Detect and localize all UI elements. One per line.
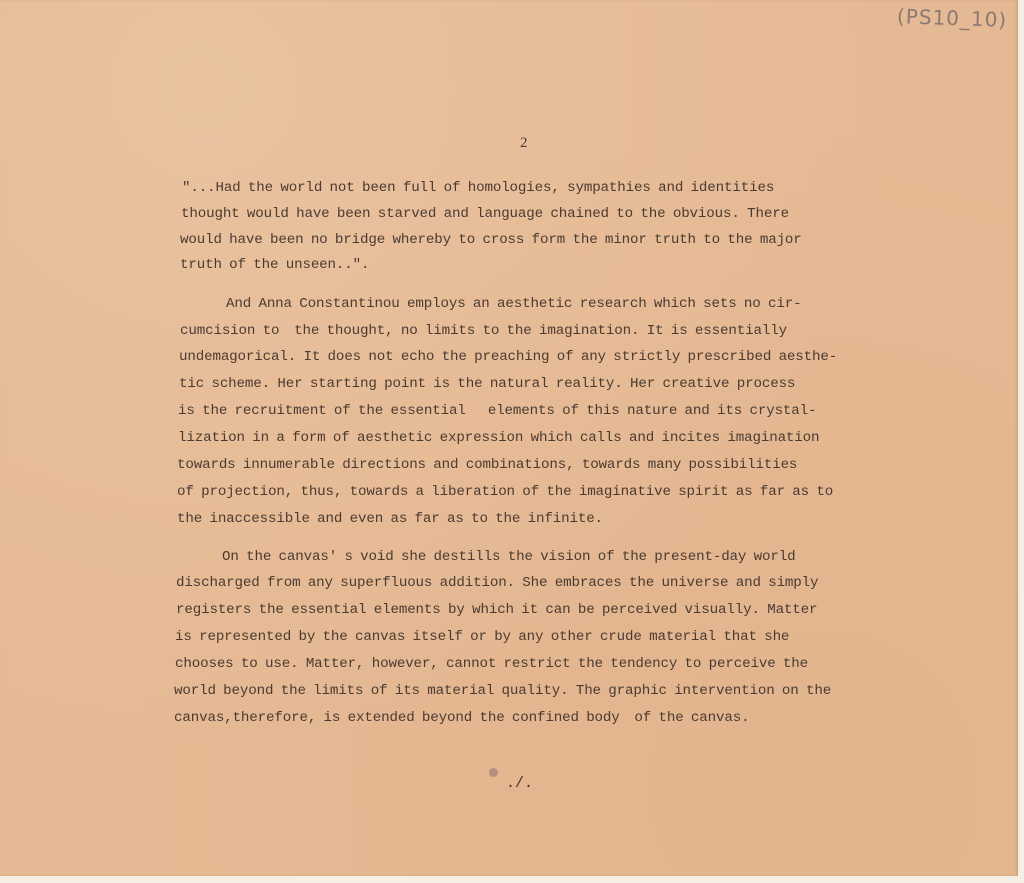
- text-line: tic scheme. Her starting point is the na…: [179, 376, 795, 392]
- text-line: world beyond the limits of its material …: [174, 683, 831, 699]
- text-line: On the canvas' s void she destills the v…: [222, 549, 795, 565]
- text-line: of projection, thus, towards a liberatio…: [177, 484, 833, 500]
- text-line: truth of the unseen..".: [180, 257, 369, 273]
- text-line: undemagorical. It does not echo the prea…: [179, 349, 837, 365]
- document-page: (PS10_10) 2 "...Had the world not been f…: [0, 0, 1018, 876]
- text-line: is the recruitment of the essential elem…: [178, 403, 816, 419]
- text-line: chooses to use. Matter, however, cannot …: [175, 656, 808, 672]
- archive-reference-annotation: (PS10_10): [897, 4, 1008, 32]
- text-line: discharged from any superfluous addition…: [176, 575, 818, 591]
- ink-smudge: [489, 768, 498, 777]
- text-line: "...Had the world not been full of homol…: [182, 180, 774, 196]
- text-line: cumcision to the thought, no limits to t…: [180, 323, 787, 339]
- text-line: And Anna Constantinou employs an aesthet…: [226, 296, 801, 312]
- text-line: would have been no bridge whereby to cro…: [180, 232, 802, 248]
- text-line: registers the essential elements by whic…: [176, 602, 817, 618]
- text-line: canvas,therefore, is extended beyond the…: [174, 710, 749, 726]
- text-line: is represented by the canvas itself or b…: [175, 629, 789, 645]
- text-line: the inaccessible and even as far as to t…: [177, 511, 603, 527]
- text-line: thought would have been starved and lang…: [181, 206, 789, 222]
- text-line: lization in a form of aesthetic expressi…: [178, 430, 819, 446]
- text-line: towards innumerable directions and combi…: [177, 457, 797, 473]
- page-number: 2: [520, 135, 528, 152]
- continuation-mark: ./.: [506, 775, 533, 792]
